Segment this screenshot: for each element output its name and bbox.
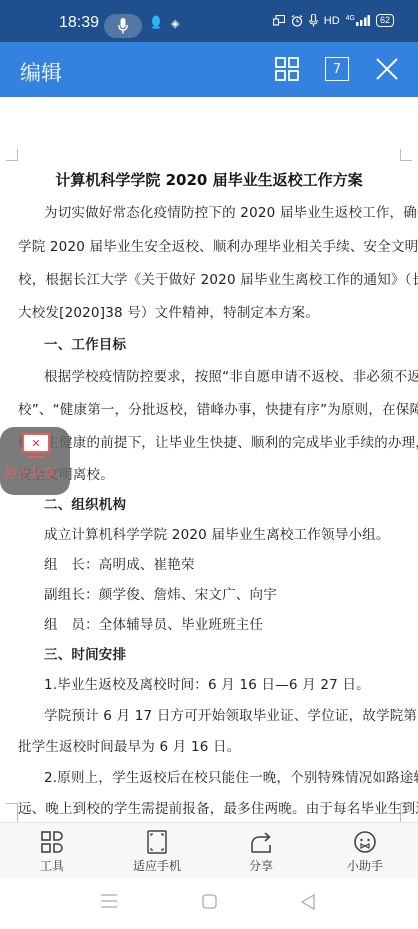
doc-line: 组 长：高明成、崔艳荣: [44, 553, 195, 573]
page-corner-mark: [6, 149, 18, 161]
qq-penguin-icon: [151, 15, 161, 29]
toolbar-item-tools[interactable]: 工具: [7, 829, 97, 874]
section-heading: 三、时间安排: [44, 643, 126, 663]
stop-share-label: 停止共享: [4, 463, 56, 482]
page-corner-mark: [400, 149, 412, 161]
status-time: 18:39: [59, 14, 99, 32]
hd-icon: HD: [324, 15, 340, 27]
doc-line: 为切实做好常态化疫情防控下的 2020 届毕业生返校工作，确保: [44, 201, 418, 221]
stop-share-icon: ✕: [22, 433, 50, 453]
doc-line: 根据学校疫情防控要求，按照“非自愿申请不返校、非必须不返: [44, 365, 418, 385]
grid-icon[interactable]: [275, 57, 299, 81]
monitor-stand: [28, 456, 44, 458]
document-title: 计算机科学学院 2020 届毕业生返校工作方案: [0, 169, 418, 190]
bottom-toolbar: 工具 适应手机 分享 小助手: [0, 822, 418, 878]
menu-icon[interactable]: [101, 894, 117, 908]
doc-line: 学院预计 6 月 17 日方可开始领取毕业证、学位证，故学院第一: [44, 704, 418, 724]
doc-line: 学院 2020 届毕业生安全返校、顺利办理毕业相关手续、安全文明离: [18, 235, 418, 255]
home-icon[interactable]: [202, 894, 217, 909]
doc-line: 1.毕业生返校及离校时间：6 月 16 日—6 月 27 日。: [44, 673, 370, 693]
share-icon: [249, 830, 273, 854]
signal-icon: 4G: [346, 15, 370, 26]
toolbar-label: 分享: [216, 857, 306, 874]
tools-grid-icon: [40, 830, 64, 854]
mic-icon: [118, 18, 128, 34]
status-bar: 18:39 ◈ HD 4G 62: [0, 0, 418, 42]
page-count: 7: [333, 62, 341, 77]
close-icon[interactable]: [375, 57, 399, 81]
toolbar-item-assistant[interactable]: 小助手: [320, 829, 410, 874]
page-title: 编辑: [20, 57, 62, 87]
section-heading: 二、组织机构: [44, 493, 126, 513]
toolbar-label: 工具: [7, 857, 97, 874]
assistant-icon: [353, 830, 377, 854]
doc-line: 远、晚上到校的学生需提前报备，最多住两晚。由于每名毕业生到达: [18, 797, 418, 817]
doc-line: 校”、“健康第一，分批返校，错峰办事，快捷有序”为原则，在保障返: [18, 398, 418, 418]
doc-line: 2.原则上，学生返校后在校只能住一晚，个别特殊情况如路途较: [44, 766, 418, 786]
toolbar-label: 适应手机: [112, 857, 202, 874]
doc-line: 副组长：颜学俊、詹炜、宋文广、向宇: [44, 583, 277, 603]
doc-line: 大校发[2020]38 号）文件精神，特制定本方案。: [18, 301, 319, 321]
toolbar-label: 小助手: [320, 857, 410, 874]
page-count-button[interactable]: 7: [325, 57, 349, 81]
doc-line: 校，根据长江大学《关于做好 2020 届毕业生离校工作的通知》（长: [18, 268, 418, 288]
page-corner-mark: [6, 803, 18, 822]
toolbar-item-fit-phone[interactable]: 适应手机: [112, 829, 202, 874]
battery-icon: 62: [376, 14, 394, 27]
doc-line: 组 员：全体辅导员、毕业班班主任: [44, 613, 263, 633]
layers-icon: ◈: [171, 17, 179, 30]
system-nav-bar: [0, 878, 418, 929]
mic-icon: [309, 14, 318, 27]
doc-line: 成立计算机科学学院 2020 届毕业生离校工作领导小组。: [44, 523, 390, 543]
back-icon[interactable]: [301, 894, 315, 910]
section-heading: 一、工作目标: [44, 333, 126, 353]
stop-share-button[interactable]: ✕ 停止共享: [0, 427, 70, 495]
fit-screen-icon: [146, 830, 168, 854]
status-right-icons: HD 4G 62: [273, 14, 394, 27]
mic-indicator[interactable]: [104, 14, 142, 38]
doc-line: 批学生返校时间最早为 6 月 16 日。: [18, 735, 240, 755]
doc-line: 校学生健康的前提下，让毕业生快捷、顺利的完成毕业手续的办理，: [18, 431, 418, 451]
app-bar: 编辑 7: [0, 42, 418, 97]
alarm-icon: [291, 15, 303, 27]
cast-icon: [273, 15, 285, 26]
toolbar-item-share[interactable]: 分享: [216, 829, 306, 874]
